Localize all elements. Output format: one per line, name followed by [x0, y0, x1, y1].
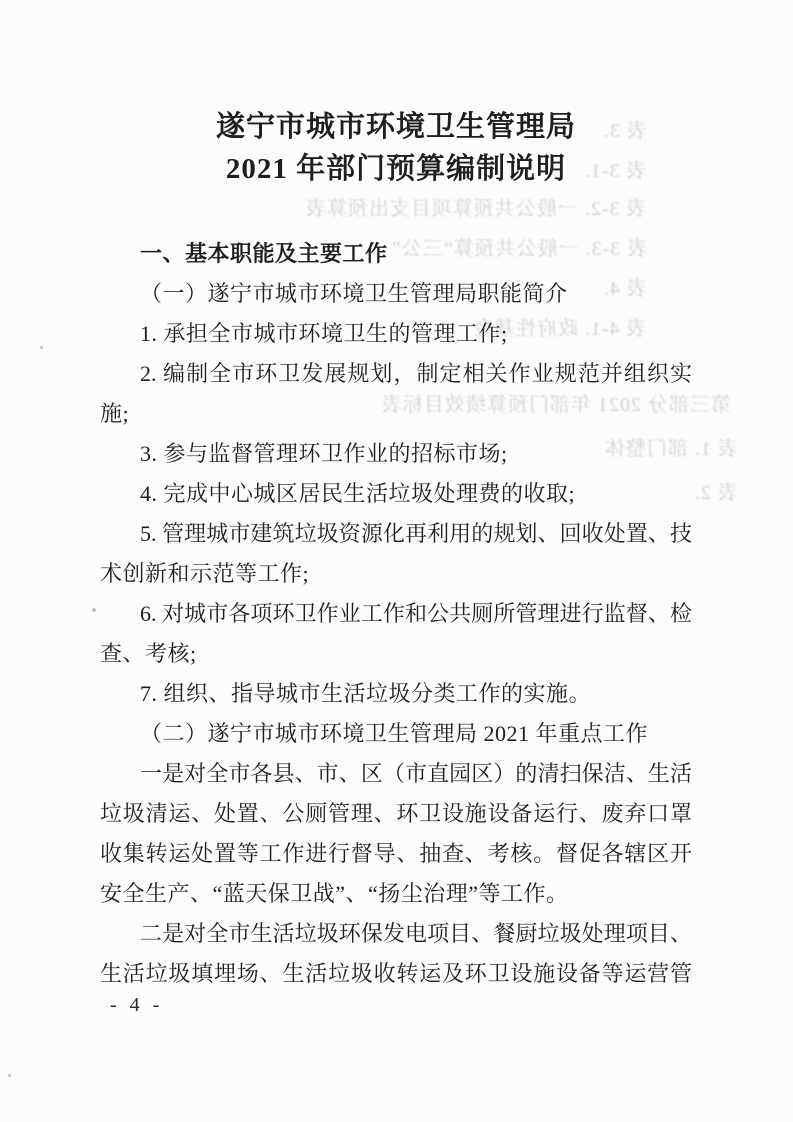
- document-line: 垃圾清运、处置、公厕管理、环卫设施设备运行、废弃口罩的: [100, 794, 692, 834]
- document-line: 生活垃圾填埋场、生活垃圾收转运及环卫设施设备等运营管理: [100, 954, 692, 994]
- document-line: 施;: [100, 394, 692, 434]
- document-line: 7. 组织、指导城市生活垃圾分类工作的实施。: [100, 674, 692, 714]
- title-line-1: 遂宁市城市环境卫生管理局: [100, 106, 692, 148]
- scan-speckle: [40, 346, 43, 349]
- title-line-2: 2021 年部门预算编制说明: [100, 148, 692, 190]
- document-line: 1. 承担全市城市环境卫生的管理工作;: [100, 314, 692, 354]
- page-number: - 4 -: [110, 990, 163, 1020]
- subsection-heading: （一）遂宁市城市环境卫生管理局职能简介: [100, 274, 692, 314]
- document-body: 一、基本职能及主要工作 （一）遂宁市城市环境卫生管理局职能简介 1. 承担全市城…: [100, 234, 692, 994]
- document-line: 4. 完成中心城区居民生活垃圾处理费的收取;: [100, 474, 692, 514]
- document-line: 二是对全市生活垃圾环保发电项目、餐厨垃圾处理项目、: [100, 914, 692, 954]
- document-line: 收集转运处置等工作进行督导、抽查、考核。督促各辖区开展: [100, 834, 692, 874]
- document-line: 6. 对城市各项环卫作业工作和公共厕所管理进行监督、检: [100, 594, 692, 634]
- document-line: 查、考核;: [100, 634, 692, 674]
- section-heading: 一、基本职能及主要工作: [100, 234, 692, 274]
- bleed-text-fragment: 表 2.: [694, 480, 738, 506]
- document-title: 遂宁市城市环境卫生管理局 2021 年部门预算编制说明: [100, 106, 692, 190]
- document-line: 5. 管理城市建筑垃圾资源化再利用的规划、回收处置、技: [100, 514, 692, 554]
- document-line: 2. 编制全市环卫发展规划，制定相关作业规范并组织实: [100, 354, 692, 394]
- document-line: 一是对全市各县、市、区（市直园区）的清扫保洁、生活: [100, 754, 692, 794]
- scan-speckle: [8, 1074, 11, 1077]
- subsection-heading: （二）遂宁市城市环境卫生管理局 2021 年重点工作: [100, 714, 692, 754]
- scanned-document-page: 表 3. 表 3-1. 表 3-2. 一般公共预算项目支出预算表 表 3-3. …: [0, 0, 793, 1122]
- scan-speckle: [92, 608, 96, 612]
- document-line: 3. 参与监督管理环卫作业的招标市场;: [100, 434, 692, 474]
- document-line: 安全生产、“蓝天保卫战”、“扬尘治理”等工作。: [100, 874, 692, 914]
- document-line: 术创新和示范等工作;: [100, 554, 692, 594]
- bleed-text-fragment: 表 3-2. 一般公共预算项目支出预算表: [305, 196, 647, 222]
